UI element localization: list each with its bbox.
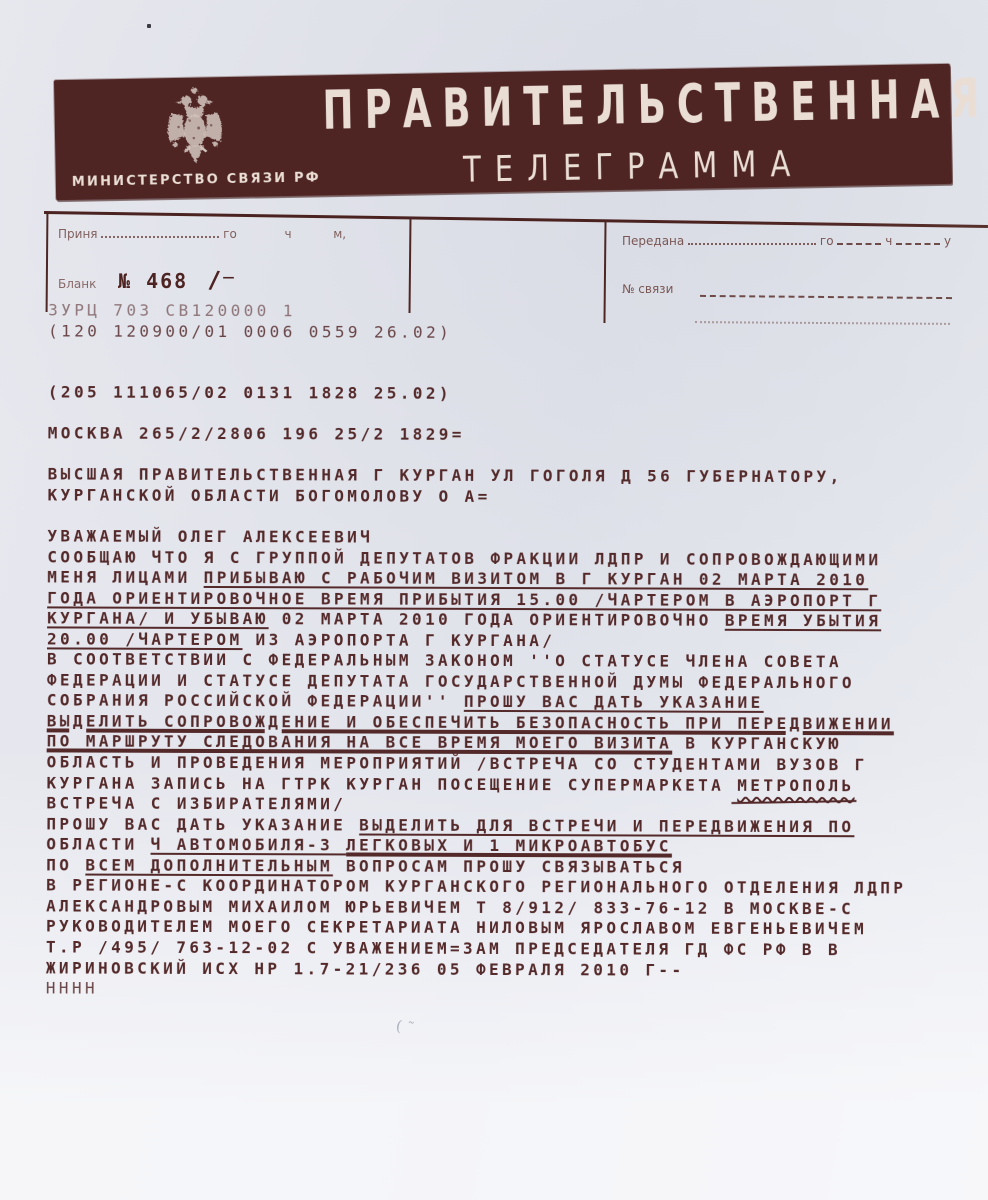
telegram-underlined-text: МЕТРОПОЛЬ [737, 775, 854, 794]
telegram-underlined-text: Ч АВТОМОБИЛЯ-3 [151, 835, 347, 855]
telegram-underlined-text: ПРОШУ ВАС ДАТЬ УКАЗАНИЕ [464, 692, 764, 712]
received-row: Приня го ч м, [58, 226, 346, 241]
telegram-text: (205 111065/02 0131 1828 25.02) [48, 383, 452, 403]
telegram-text: МОСКВА 265/2/2806 196 25/2 1829= [48, 424, 465, 444]
dashed-line [837, 233, 881, 245]
banner-subtitle: ТЕЛЕГРАММА [323, 140, 944, 193]
telegram-line: (120 120900/01 0006 0559 26.02) [48, 321, 960, 345]
telegram-body: ЗУРЦ 703 СВ120000 1(120 120900/01 0006 0… [46, 300, 960, 1002]
telegram-text: ПРОШУ ВАС ДАТЬ УКАЗАНИЕ [46, 814, 359, 834]
telegram-text: АЛЕКСАНДРОВЫМ МИХАИЛОМ ЮРЬЕВИЧЕМ Т 8/912… [46, 896, 854, 918]
telegram-line: МОСКВА 265/2/2806 196 25/2 1829= [48, 424, 960, 448]
dotted-line [101, 226, 219, 238]
telegram-text: КУРГАНА ЗАПИСЬ НА ГТРК КУРГАН ПОСЕЩЕНИЕ … [47, 773, 738, 794]
telegram-line: НННН [46, 978, 958, 1002]
telegram-text: ФЕДЕРАЦИИ И СТАТУСЕ ДЕПУТАТА ГОСУДАРСТВЕ… [47, 670, 855, 692]
telegram-line: (205 111065/02 0131 1828 25.02) [48, 383, 960, 407]
stray-pen-mark: ( ˜ [395, 1017, 416, 1038]
received-label-text: Приня [58, 227, 98, 241]
wire-number-row: № связи [622, 282, 673, 296]
telegram-line: ЗУРЦ 703 СВ120000 1 [48, 300, 960, 324]
banner-title: ПРАВИТЕЛЬСТВЕННАЯ [322, 68, 943, 142]
telegram-underlined-text: ВЫДЕЛИТЬ ДЛЯ ВСТРЕЧИ И ПЕРЕДВИЖЕНИЯ ПО [359, 815, 854, 836]
double-headed-eagle-icon [146, 81, 244, 177]
header-banner: МИНИСТЕРСТВО СВЯЗИ РФ ПРАВИТЕЛЬСТВЕННАЯ … [54, 64, 952, 200]
telegram-text: ВСТРЕЧА С ИЗБИРАТЕЛЯМИ/ [46, 794, 346, 814]
telegram-underlined-text: КУРГАНА/ И УБЫВАЮ [47, 609, 269, 629]
telegram-underlined-text: ЛЕГКОВЫХ И 1 МИКРОАВТОБУС [346, 836, 672, 856]
telegram-text: УВАЖАЕМЫЙ ОЛЕГ АЛЕКСЕЕВИЧ [47, 526, 373, 546]
received-unit-ch: ч [284, 227, 291, 241]
telegram-text: СОБРАНИЯ РОССИЙСКОЙ ФЕДЕРАЦИИ'' [47, 691, 464, 711]
telegram-text: В КУРГАНСКУЮ [672, 734, 842, 754]
handwritten-slash: / [208, 266, 221, 295]
telegram-text: ИЗ АЭРОПОРТА Г КУРГАНА/ [243, 630, 556, 650]
spacer [241, 228, 281, 238]
transmitted-row: Передана го ч у [622, 233, 951, 248]
telegram-underlined-text: ПО МАРШРУТУ СЛЕДОВАНИЯ НА ВСЕ ВРЕМЯ МОЕГ… [47, 732, 673, 753]
telegram-text: ОБЛАСТИ [46, 835, 150, 854]
telegram-underlined-text: ВРЕМЯ УБЫТИЯ [725, 611, 881, 631]
telegram-text: ОБЛАСТЬ И ПРОВЕДЕНИЯ МЕРОПРИЯТИЙ /ВСТРЕЧ… [47, 752, 868, 774]
dotted-line [688, 233, 816, 245]
telegram-text: РУКОВОДИТЕЛЕМ МОЕГО СЕКРЕТАРИАТА НИЛОВЫМ… [46, 917, 867, 939]
telegram-text: ЗУРЦ 703 СВ120000 1 [48, 300, 296, 320]
blank-row: Бланк № 468 / — [58, 266, 234, 294]
transmitted-unit-ch: ч [885, 234, 892, 248]
received-unit-min: м, [333, 227, 346, 241]
telegram-line: ЖИРИНОВСКИЙ ИСХ НР 1.7-21/236 05 ФЕВРАЛЯ… [46, 958, 958, 982]
telegram-text: ВОПРОСАМ ПРОШУ СВЯЗЫВАТЬСЯ [333, 856, 685, 876]
telegram-underlined-text: ГОДА ОРИЕНТИРОВОЧНОЕ ВРЕМЯ ПРИБЫТИЯ 15.0… [47, 588, 881, 610]
received-unit-hours: го [223, 227, 237, 241]
wire-number-label: № связи [622, 282, 673, 296]
telegram-underlined-text: ВСЕМ ДОПОЛНИТЕЛЬНЫМ [85, 855, 333, 875]
blank-number: № 468 [118, 269, 188, 293]
telegram-text: (120 120900/01 0006 0559 26.02) [48, 321, 452, 341]
telegram-underlined-text: ПРИБЫВАЮ С РАБОЧИМ ВИЗИТОМ В Г КУРГАН 02… [204, 568, 869, 589]
telegram-text: ЖИРИНОВСКИЙ ИСХ НР 1.7-21/236 05 ФЕВРАЛЯ… [46, 958, 685, 979]
telegram-line: КУРГАНСКОЙ ОБЛАСТИ БОГОМОЛОВУ О А= [48, 485, 960, 509]
spacer [295, 228, 329, 238]
telegram-text: ВЫСШАЯ ПРАВИТЕЛЬСТВЕННАЯ Г КУРГАН УЛ ГОГ… [48, 465, 843, 487]
transmitted-label: Передана [622, 234, 684, 248]
transmitted-unit-min: у [944, 234, 951, 248]
telegram-text: СООБЩАЮ ЧТО Я С ГРУППОЙ ДЕПУТАТОВ ФРАКЦИ… [47, 547, 881, 569]
paper-speck [147, 24, 151, 28]
telegram-text: ПО [46, 855, 85, 874]
telegram-underlined-text: ВЫДЕЛИТЬ СОПРОВОЖДЕНИЕ И ОБЕСПЕЧИТЬ БЕЗО… [47, 711, 894, 733]
telegram-text: НННН [46, 978, 98, 997]
telegram-text: Т.Р /495/ 763-12-02 С УВАЖЕНИЕМ=ЗАМ ПРЕД… [46, 937, 841, 959]
telegram-underlined-text: 20.00 /ЧАРТЕРОМ [47, 629, 243, 649]
telegram-text: В СООТВЕТСТВИИ С ФЕДЕРАЛЬНЫМ ЗАКОНОМ ''О… [47, 650, 842, 672]
telegram-text: 02 МАРТА 2010 ГОДА ОРИЕНТИРОВОЧНО [269, 609, 725, 630]
telegram-text: КУРГАНСКОЙ ОБЛАСТИ БОГОМОЛОВУ О А= [48, 485, 491, 506]
transmitted-unit-hours: го [820, 234, 834, 248]
dashed-line [896, 233, 940, 245]
telegram-text: МЕНЯ ЛИЦАМИ [47, 568, 203, 588]
blank-label: Бланк [58, 277, 96, 291]
telegram-text: В РЕГИОНЕ-С КООРДИНАТОРОМ КУРГАНСКОГО РЕ… [46, 876, 906, 898]
handwritten-dash: — [222, 270, 234, 284]
